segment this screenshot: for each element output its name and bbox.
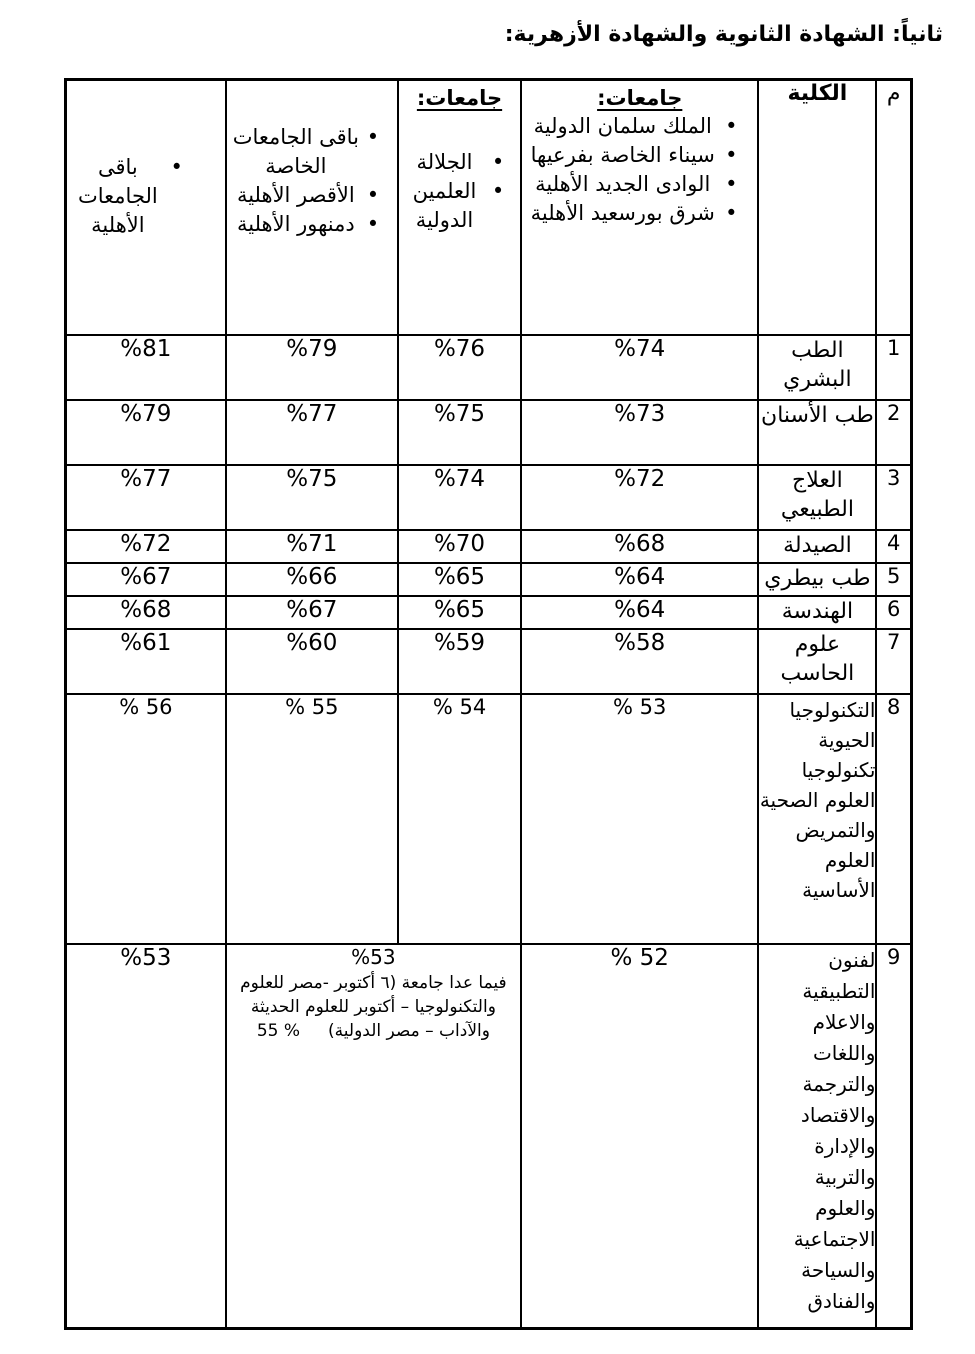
grade-cell: % 56 bbox=[66, 694, 226, 944]
grade-cell: %79 bbox=[226, 335, 398, 400]
list-item: •سيناء الخاصة بفرعيها bbox=[526, 141, 743, 170]
faculty-cell: العلاج الطبيعي bbox=[758, 465, 876, 530]
row-number: 3 bbox=[876, 465, 911, 530]
grade-cell: %77 bbox=[66, 465, 226, 530]
grade-cell: %64 bbox=[521, 563, 758, 596]
grade-cell: %66 bbox=[226, 563, 398, 596]
faculty-cell: التكنولوجيا الحيوية تكنولوجيا العلوم الص… bbox=[758, 694, 876, 944]
table-row: 8 التكنولوجيا الحيوية تكنولوجيا العلوم ا… bbox=[66, 694, 912, 944]
table-row: 3 العلاج الطبيعي %72 %74 %75 %77 bbox=[66, 465, 912, 530]
bullet-icon: • bbox=[165, 153, 189, 182]
header-serial: م bbox=[876, 80, 911, 335]
grade-cell: %53 bbox=[66, 944, 226, 1329]
grade-cell: %75 bbox=[398, 400, 521, 465]
list-item: •باقى الجامعات الأهلية bbox=[71, 153, 189, 240]
university-name: سيناء الخاصة بفرعيها bbox=[526, 141, 719, 170]
grade-cell: %58 bbox=[521, 629, 758, 694]
grade-cell: %81 bbox=[66, 335, 226, 400]
list-item: •الجلالة bbox=[403, 148, 510, 177]
list-item: •دمنهور الأهلية bbox=[231, 210, 385, 239]
note-tail-value: 55 % bbox=[257, 1021, 300, 1041]
bullet-icon: • bbox=[486, 148, 510, 177]
row-number: 5 bbox=[876, 563, 911, 596]
bullet-icon: • bbox=[719, 141, 743, 170]
page-title: ثانياً: الشهادة الثانوية والشهادة الأزهر… bbox=[505, 22, 943, 47]
faculty-cell: الهندسة bbox=[758, 596, 876, 629]
table-row: 5 طب بيطري %64 %65 %66 %67 bbox=[66, 563, 912, 596]
grade-cell: %64 bbox=[521, 596, 758, 629]
faculty-cell: الصيدلة bbox=[758, 530, 876, 563]
faculty-cell: طب بيطري bbox=[758, 563, 876, 596]
row-number: 2 bbox=[876, 400, 911, 465]
bullet-icon: • bbox=[361, 210, 385, 239]
faculty-cell: الطب البشري bbox=[758, 335, 876, 400]
header-group-ahleya: •باقى الجامعات الأهلية bbox=[66, 80, 226, 335]
row-number: 6 bbox=[876, 596, 911, 629]
grade-cell: %75 bbox=[226, 465, 398, 530]
note-body: فيما عدا جامعة (٦ أكتوبر -مصر للعلوم وال… bbox=[227, 971, 520, 1043]
row-number: 7 bbox=[876, 629, 911, 694]
grade-cell: % 54 bbox=[398, 694, 521, 944]
admission-percentages-table: م الكلية جامعات: •الملك سلمان الدولية •س… bbox=[64, 78, 913, 1330]
grade-cell: % 55 bbox=[226, 694, 398, 944]
grade-cell: % 52 bbox=[521, 944, 758, 1329]
grade-cell: %77 bbox=[226, 400, 398, 465]
faculty-cell: طب الأسنان bbox=[758, 400, 876, 465]
grade-cell: %71 bbox=[226, 530, 398, 563]
universities-title: جامعات: bbox=[399, 81, 520, 110]
grade-cell: %59 bbox=[398, 629, 521, 694]
bullet-icon: • bbox=[719, 170, 743, 199]
grade-cell: %70 bbox=[398, 530, 521, 563]
table-row: 1 الطب البشري %74 %76 %79 %81 bbox=[66, 335, 912, 400]
list-item: •العلمين الدولية bbox=[403, 177, 510, 235]
list-item: •باقى الجامعات الخاصة bbox=[231, 123, 385, 181]
universities-list: •باقى الجامعات الخاصة •الأقصر الأهلية •د… bbox=[227, 81, 397, 239]
list-item: •شرق بورسعيد الأهلية bbox=[526, 199, 743, 228]
university-name: باقى الجامعات الأهلية bbox=[71, 153, 165, 240]
grade-cell: %74 bbox=[521, 335, 758, 400]
exception-note-cell: %53 فيما عدا جامعة (٦ أكتوبر -مصر للعلوم… bbox=[226, 944, 521, 1329]
universities-list: •الجلالة •العلمين الدولية bbox=[399, 148, 520, 235]
grade-cell: %76 bbox=[398, 335, 521, 400]
grade-cell: %61 bbox=[66, 629, 226, 694]
grade-cell: %65 bbox=[398, 596, 521, 629]
grade-cell: %68 bbox=[521, 530, 758, 563]
table-row: 4 الصيدلة %68 %70 %71 %72 bbox=[66, 530, 912, 563]
table-row: 6 الهندسة %64 %65 %67 %68 bbox=[66, 596, 912, 629]
table-header-row: م الكلية جامعات: •الملك سلمان الدولية •س… bbox=[66, 80, 912, 335]
university-name: العلمين الدولية bbox=[403, 177, 486, 235]
bullet-icon: • bbox=[361, 181, 385, 210]
grade-cell: %67 bbox=[226, 596, 398, 629]
grade-cell: %74 bbox=[398, 465, 521, 530]
list-item: •الأقصر الأهلية bbox=[231, 181, 385, 210]
university-name: الجلالة bbox=[403, 148, 486, 177]
universities-list: •باقى الجامعات الأهلية bbox=[67, 81, 225, 240]
university-name: دمنهور الأهلية bbox=[231, 210, 361, 239]
bullet-icon: • bbox=[486, 177, 510, 206]
header-faculty: الكلية bbox=[758, 80, 876, 335]
grade-cell: % 53 bbox=[521, 694, 758, 944]
university-name: الأقصر الأهلية bbox=[231, 181, 361, 210]
row-number: 9 bbox=[876, 944, 911, 1329]
document-page: ثانياً: الشهادة الثانوية والشهادة الأزهر… bbox=[0, 0, 975, 1354]
university-name: باقى الجامعات الخاصة bbox=[231, 123, 361, 181]
bullet-icon: • bbox=[719, 199, 743, 228]
list-item: •الملك سلمان الدولية bbox=[526, 112, 743, 141]
note-headline: %53 bbox=[227, 945, 520, 969]
grade-cell: %65 bbox=[398, 563, 521, 596]
table-row: 2 طب الأسنان %73 %75 %77 %79 bbox=[66, 400, 912, 465]
header-group-private: •باقى الجامعات الخاصة •الأقصر الأهلية •د… bbox=[226, 80, 398, 335]
grade-cell: %73 bbox=[521, 400, 758, 465]
universities-list: •الملك سلمان الدولية •سيناء الخاصة بفرعي… bbox=[522, 110, 757, 228]
header-group-salman: جامعات: •الملك سلمان الدولية •سيناء الخا… bbox=[521, 80, 758, 335]
header-group-galala: جامعات: •الجلالة •العلمين الدولية bbox=[398, 80, 521, 335]
grade-cell: %67 bbox=[66, 563, 226, 596]
grade-cell: %72 bbox=[66, 530, 226, 563]
grade-cell: %68 bbox=[66, 596, 226, 629]
universities-title: جامعات: bbox=[522, 81, 757, 110]
grade-cell: %72 bbox=[521, 465, 758, 530]
row-number: 8 bbox=[876, 694, 911, 944]
bullet-icon: • bbox=[719, 112, 743, 141]
university-name: الوادى الجديد الأهلية bbox=[526, 170, 719, 199]
row-number: 1 bbox=[876, 335, 911, 400]
table-row: 7 علوم الحاسب %58 %59 %60 %61 bbox=[66, 629, 912, 694]
grade-cell: %60 bbox=[226, 629, 398, 694]
faculty-cell: لفنون التطبيقية والاعلام واللغات والترجم… bbox=[758, 944, 876, 1329]
faculty-cell: علوم الحاسب bbox=[758, 629, 876, 694]
university-name: الملك سلمان الدولية bbox=[526, 112, 719, 141]
bullet-icon: • bbox=[361, 123, 385, 152]
university-name: شرق بورسعيد الأهلية bbox=[526, 199, 719, 228]
table-row: 9 لفنون التطبيقية والاعلام واللغات والتر… bbox=[66, 944, 912, 1329]
row-number: 4 bbox=[876, 530, 911, 563]
grade-cell: %79 bbox=[66, 400, 226, 465]
list-item: •الوادى الجديد الأهلية bbox=[526, 170, 743, 199]
